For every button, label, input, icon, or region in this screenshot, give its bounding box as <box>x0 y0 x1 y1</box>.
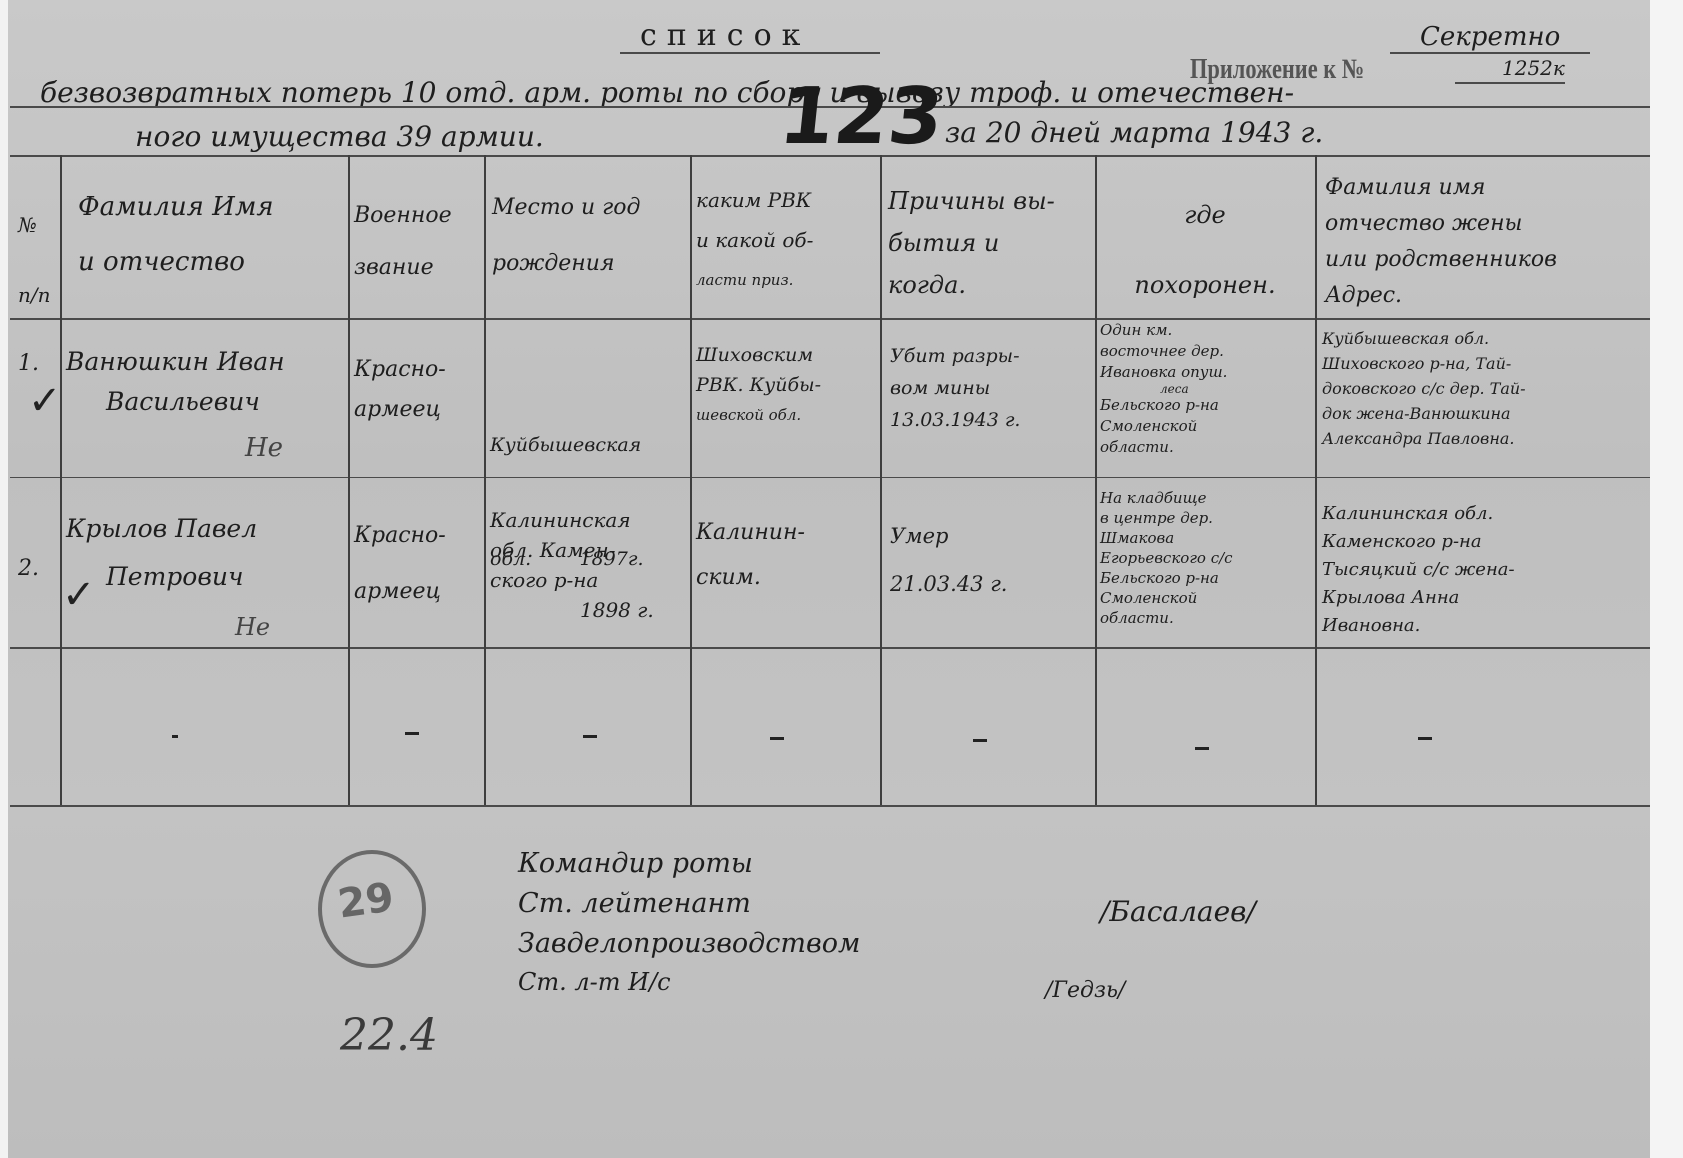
cell-line: Смоленской <box>1100 588 1233 608</box>
row-divider <box>10 647 1650 649</box>
cell-line: Ивановка опуш. <box>1100 362 1227 383</box>
cell-relatives: Куйбышевская обл. Шиховского р-на, Тай- … <box>1322 326 1526 451</box>
cell-line: Каменского р-на <box>1322 528 1515 556</box>
cell-line: Ивановна. <box>1322 612 1515 640</box>
cell-line: Смоленской <box>1100 416 1227 437</box>
appendix-underline <box>1455 82 1565 84</box>
empty-cell-dash <box>1418 737 1432 740</box>
header-line: каким РВК <box>696 180 813 220</box>
signature-title-line-3: Завделопроизводством <box>518 928 860 959</box>
cell-line: ского р-на <box>490 565 654 595</box>
header-line: или родственников <box>1325 242 1557 278</box>
cell-line: вом мины <box>890 372 1020 404</box>
cell-line: Калининская <box>490 505 654 535</box>
signature-title-line-2: Ст. лейтенант <box>518 888 751 919</box>
cell-line: области. <box>1100 608 1233 628</box>
cell-line: Егорьевского с/с <box>1100 548 1233 568</box>
cell-line: Крылов Павел <box>66 505 257 553</box>
cell-burial: Один км. восточнее дер. Ивановка опуш. л… <box>1100 320 1227 458</box>
cell-line: армеец <box>354 564 446 620</box>
signatory-name-1: /Басалаев/ <box>1100 895 1256 928</box>
header-rvk: каким РВК и какой об- ласти приз. <box>696 180 813 300</box>
header-line: и отчество <box>78 235 274 290</box>
column-divider <box>60 155 62 805</box>
table-header-bottom <box>10 318 1650 320</box>
cell-line: Васильевич <box>66 382 285 422</box>
cell-line: Красно- <box>354 350 446 390</box>
cell-line: Калинин- <box>696 510 805 555</box>
header-birth: Место и год рождения <box>492 180 640 292</box>
cell-rank: Красно- армеец <box>354 508 446 620</box>
row-divider <box>10 477 1650 478</box>
empty-cell-dash <box>1195 747 1209 750</box>
cell-line: армеец <box>354 390 446 430</box>
cell-line: На кладбище <box>1100 488 1233 508</box>
cell-birth: Калининская обл. Камен- ского р-на 1898 … <box>490 505 654 625</box>
cell-line: доковского с/с дер. Тай- <box>1322 376 1526 401</box>
header-rank: Военное звание <box>354 190 452 294</box>
circle-stamp-number: 29 <box>335 874 397 927</box>
table-top-border <box>10 155 1650 157</box>
header-line: и какой об- <box>696 220 813 260</box>
signature-title-line-1: Командир роты <box>518 848 753 879</box>
header-line: рождения <box>492 236 640 292</box>
header-line: Военное <box>354 190 452 242</box>
cell-line: в центре дер. <box>1100 508 1233 528</box>
cell-line: РВК. Куйбы- <box>696 370 821 400</box>
cell-cause: Умер 21.03.43 г. <box>890 512 1007 608</box>
cell-cause: Убит разры- вом мины 13.03.1943 г. <box>890 340 1020 436</box>
cell-line: док жена-Ванюшкина <box>1322 401 1526 426</box>
cell-line: Убит разры- <box>890 340 1020 372</box>
header-line: Адрес. <box>1325 278 1557 314</box>
title-underline <box>620 52 880 54</box>
subtitle-line-2-left: ного имущества 39 армии. <box>135 120 544 153</box>
column-divider <box>1315 155 1317 805</box>
signature-title-line-4: Ст. л-т И/с <box>518 968 671 996</box>
cell-line: шевской обл. <box>696 400 821 430</box>
cell-line: 21.03.43 г. <box>890 560 1007 608</box>
empty-cell-dash <box>405 732 419 735</box>
cell-line: Калининская обл. <box>1322 500 1515 528</box>
row-num: 2. <box>18 555 39 583</box>
pencil-note: 22.4 <box>340 1010 438 1061</box>
cell-line: Шиховского р-на, Тай- <box>1322 351 1526 376</box>
header-line: Причины вы- <box>888 180 1055 222</box>
cell-line: Шмакова <box>1100 528 1233 548</box>
header-num: № п/п <box>18 190 51 330</box>
cell-line: Ванюшкин Иван <box>66 342 285 382</box>
header-relatives: Фамилия имя отчество жены или родственни… <box>1325 170 1557 314</box>
scan-margin <box>1650 0 1683 1158</box>
cell-line: Умер <box>890 512 1007 560</box>
header-line: Место и год <box>492 180 640 236</box>
header-burial: где похоронен. <box>1100 180 1310 320</box>
column-divider <box>1095 155 1097 805</box>
cell-rvk: Шиховским РВК. Куйбы- шевской обл. <box>696 340 821 430</box>
header-line: похоронен. <box>1100 250 1310 320</box>
empty-cell-dash <box>770 737 784 740</box>
header-line: ласти приз. <box>696 260 813 300</box>
header-line: отчество жены <box>1325 206 1557 242</box>
cell-line: Тысяцкий с/с жена- <box>1322 556 1515 584</box>
cell-line: области. <box>1100 437 1227 458</box>
header-cause: Причины вы- бытия и когда. <box>888 180 1055 306</box>
cell-line: 1898 г. <box>490 595 654 625</box>
cell-line: Бельского р-на <box>1100 395 1227 416</box>
signatory-name-2: /Гедзь/ <box>1045 978 1125 1003</box>
pencil-annotation: Не <box>235 612 270 642</box>
table-bottom-border <box>10 805 1650 807</box>
column-divider <box>484 155 486 805</box>
cell-name: Ванюшкин Иван Васильевич <box>66 342 285 422</box>
appendix-number: 1252к <box>1502 56 1565 80</box>
cell-burial: На кладбище в центре дер. Шмакова Егорье… <box>1100 488 1233 628</box>
empty-cell-dash <box>583 735 597 738</box>
check-mark-icon: ✓ <box>28 378 62 424</box>
cell-line: Один км. <box>1100 320 1227 341</box>
header-line: Фамилия Имя <box>78 180 274 235</box>
header-line: бытия и <box>888 222 1055 264</box>
cell-line: Куйбышевская обл. <box>1322 326 1526 351</box>
subtitle-line-1: безвозвратных потерь 10 отд. арм. роты п… <box>40 76 1294 109</box>
check-mark-icon: ✓ <box>62 572 96 618</box>
row-num: 1. <box>18 350 39 378</box>
cell-relatives: Калининская обл. Каменского р-на Тысяцки… <box>1322 500 1515 640</box>
cell-line: 13.03.1943 г. <box>890 404 1020 436</box>
cell-line: обл. Камен- <box>490 535 654 565</box>
header-name: Фамилия Имя и отчество <box>78 180 274 290</box>
column-divider <box>880 155 882 805</box>
column-divider <box>690 155 692 805</box>
cell-line: леса <box>1100 383 1227 395</box>
subtitle-line-2-right: за 20 дней марта 1943 г. <box>945 116 1323 149</box>
pencil-annotation: Не <box>245 432 283 465</box>
header-line: когда. <box>888 264 1055 306</box>
cell-line: восточнее дер. <box>1100 341 1227 362</box>
classification-underline <box>1390 52 1590 54</box>
header-line: Фамилия имя <box>1325 170 1557 206</box>
cell-line: Куйбышевская <box>490 426 643 464</box>
header-line: где <box>1100 180 1310 250</box>
cell-line: Красно- <box>354 508 446 564</box>
empty-cell-dash <box>973 739 987 742</box>
cell-line: Крылова Анна <box>1322 584 1515 612</box>
header-line: № <box>18 190 51 260</box>
column-divider <box>348 155 350 805</box>
header-line: п/п <box>18 260 51 330</box>
cell-line: Шиховским <box>696 340 821 370</box>
cell-rvk: Калинин- ским. <box>696 510 805 600</box>
empty-cell-dash <box>172 735 178 738</box>
handwritten-number: 123 <box>775 72 947 162</box>
classification-label: Секретно <box>1420 22 1560 52</box>
cell-line: Бельского р-на <box>1100 568 1233 588</box>
cell-line: Александра Павловна. <box>1322 426 1526 451</box>
cell-line: ским. <box>696 555 805 600</box>
header-line: звание <box>354 242 452 294</box>
document-title: список <box>640 18 810 53</box>
cell-rank: Красно- армеец <box>354 350 446 430</box>
